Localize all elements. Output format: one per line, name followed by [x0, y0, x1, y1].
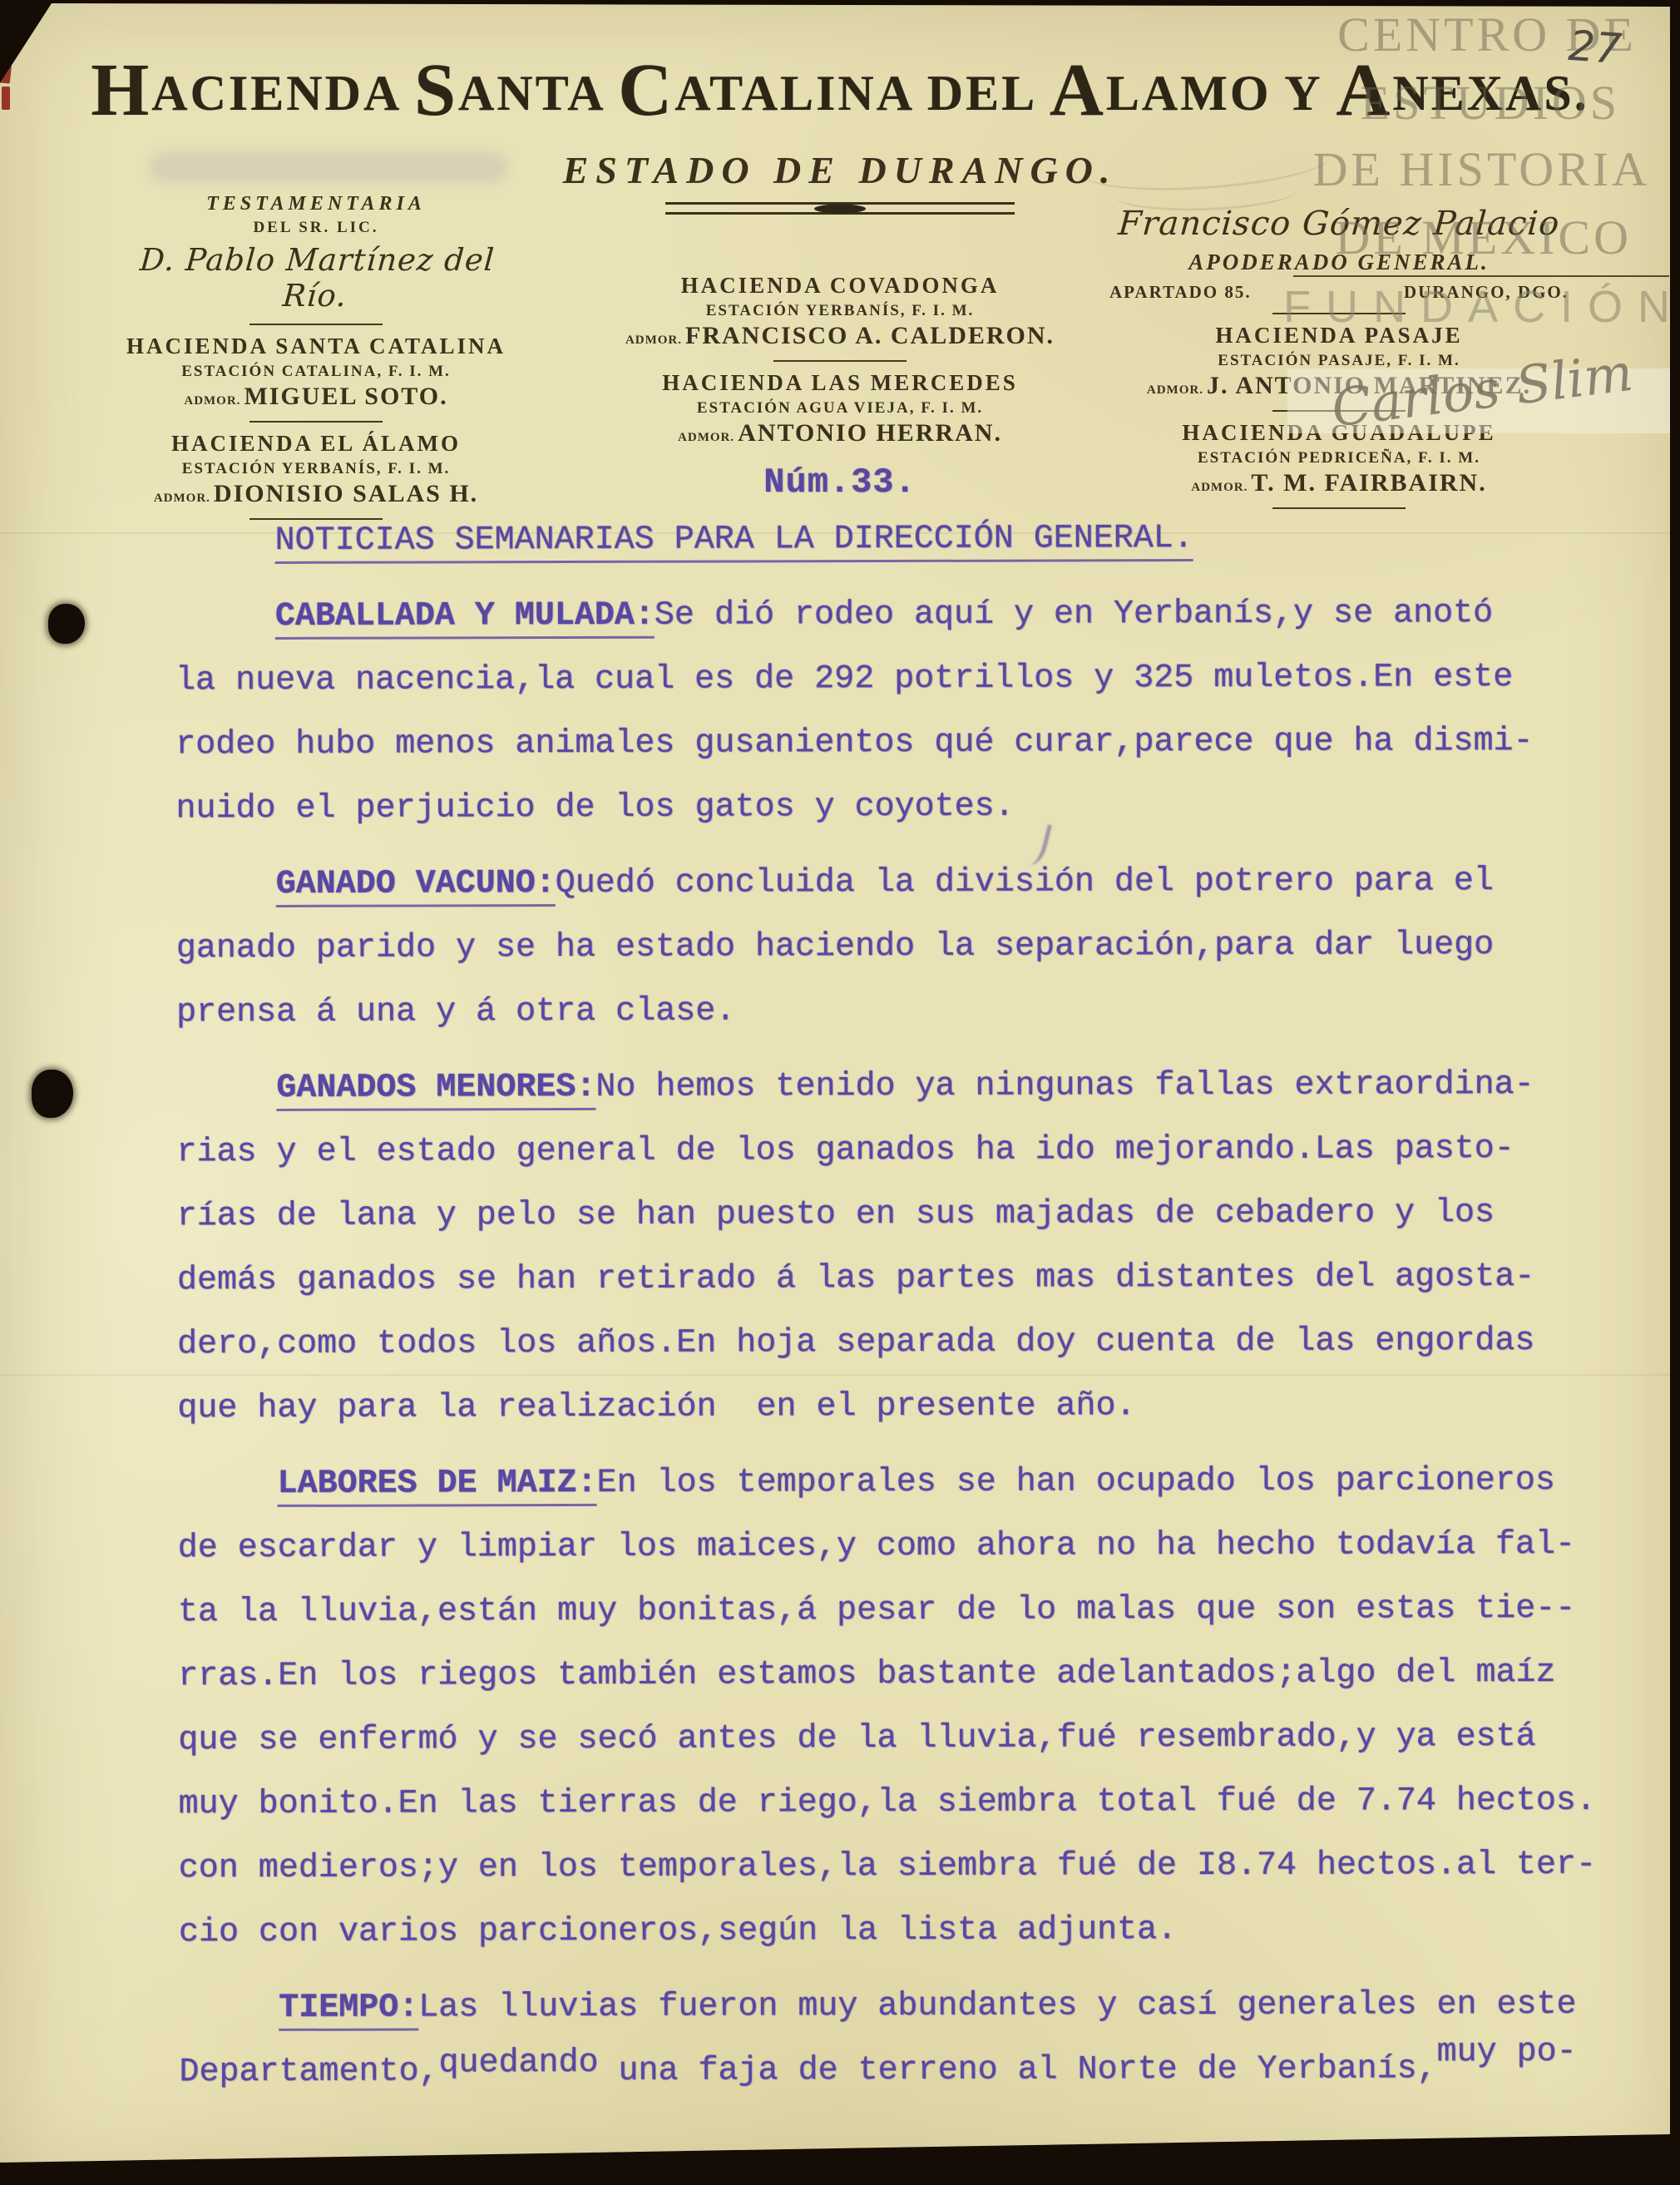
body-paragraph: LABORES DE MAIZ:En los temporales se han…	[177, 1449, 1609, 1965]
body-text: Quedó concluida la división del potrero …	[556, 863, 1494, 902]
ornamental-rule	[665, 202, 1015, 215]
body-line: rías de lana y pelo se han puesto en sus…	[177, 1181, 1608, 1249]
letterhead-center-column: HACIENDA COVADONGA ESTACIÓN YERBANÍS, F.…	[582, 268, 1098, 447]
body-line: que hay para la realización en el presen…	[177, 1373, 1608, 1441]
del-sr-lic-label: DEL SR. LIC.	[116, 219, 516, 237]
body-paragraph: GANADO VACUNO:Quedó concluida la divisió…	[176, 849, 1608, 1046]
testamentaria-label: TESTAMENTARIA	[116, 193, 516, 215]
body-line: nuido el perjuicio de los gatos y coyote…	[175, 774, 1606, 842]
body-line: Departamento,quedando una faja de terren…	[179, 2037, 1609, 2105]
hacienda-station: ESTACIÓN AGUA VIEJA, F. I. M.	[582, 399, 1098, 418]
body-heading: NOTICIAS SEMANARIAS PARA LA DIRECCIÓN GE…	[275, 520, 1193, 564]
section-label: LABORES DE MAIZ:	[278, 1465, 597, 1507]
body-line: ta la lluvia,están muy bonitas,á pesar d…	[178, 1577, 1608, 1645]
inserted-word: quedando	[438, 2044, 598, 2083]
body-text: una faja de terreno al Norte de Yerbanís…	[598, 2050, 1436, 2090]
hacienda-name: HACIENDA COVADONGA	[582, 273, 1098, 299]
hacienda-block: HACIENDA LAS MERCEDES ESTACIÓN AGUA VIEJ…	[582, 370, 1098, 447]
paper-sheet: HACIENDA SANTA CATALINA DEL ALAMO Y ANEX…	[0, 0, 1680, 2185]
body-line: GANADO VACUNO:Quedó concluida la divisió…	[176, 849, 1607, 917]
admor-name: MIGUEL SOTO.	[244, 383, 447, 410]
watermark-line: DE HISTORIA	[1313, 141, 1650, 197]
body-line: TIEMPO:Las lluvias fueron muy abundantes…	[179, 1973, 1609, 2041]
divider-rule	[773, 360, 907, 362]
section-label: GANADO VACUNO:	[276, 865, 556, 907]
divider-rule	[250, 324, 383, 325]
body-line: rias y el estado general de los ganados …	[176, 1117, 1607, 1185]
section-label: GANADOS MENORES:	[276, 1069, 595, 1111]
body-line: LABORES DE MAIZ:En los temporales se han…	[177, 1449, 1608, 1517]
body-line: demás ganados se han retirado á las part…	[177, 1245, 1608, 1313]
red-edge-mark	[2, 87, 10, 110]
watermark-line: DE MEXICO	[1335, 210, 1632, 265]
apoderado-underline	[1293, 275, 1669, 277]
hacienda-station: ESTACIÓN CATALINA, F. I. M.	[116, 363, 516, 381]
body-line: rras.En los riegos también estamos basta…	[178, 1641, 1608, 1709]
body-text: Departamento,	[179, 2053, 438, 2091]
watermark-line: FUNDACIÓN	[1283, 281, 1680, 333]
body-text: Se dió rodeo aquí y en Yerbanís,y se ano…	[655, 595, 1493, 635]
apartado-label: APARTADO 85.	[1109, 282, 1252, 303]
punch-hole	[32, 1070, 73, 1118]
section-label: TIEMPO:	[279, 1989, 418, 2030]
hacienda-block: HACIENDA COVADONGA ESTACIÓN YERBANÍS, F.…	[582, 273, 1098, 350]
section-label: CABALLADA Y MULADA:	[275, 597, 655, 640]
body-line: ganado parido y se ha estado haciendo la…	[176, 913, 1607, 981]
admor-name: FRANCISCO A. CALDERON.	[685, 322, 1055, 349]
body-line: cio con varios parcioneros,según la list…	[179, 1897, 1609, 1965]
body-line: rodeo hubo menos animales gusanientos qu…	[175, 709, 1606, 778]
body-line: prensa á una y á otra clase.	[176, 977, 1607, 1046]
hacienda-block: HACIENDA SANTA CATALINA ESTACIÓN CATALIN…	[116, 334, 516, 411]
body-line: dero,como todos los años.En hoja separad…	[177, 1309, 1608, 1377]
admor-label: ADMOR.	[184, 394, 240, 408]
body-text: Las lluvias fueron muy abundantes y casí…	[418, 1986, 1576, 2027]
hacienda-name: HACIENDA SANTA CATALINA	[116, 334, 516, 359]
testator-name: D. Pablo Martínez del Río.	[114, 242, 518, 314]
body-paragraph: CABALLADA Y MULADA:Se dió rodeo aquí y e…	[175, 581, 1607, 842]
body-text: No hemos tenido ya ningunas fallas extra…	[595, 1066, 1534, 1106]
scanned-letter-page: HACIENDA SANTA CATALINA DEL ALAMO Y ANEX…	[0, 0, 1680, 2185]
body-text: En los temporales se han ocupado los par…	[597, 1462, 1555, 1502]
admor-label: ADMOR.	[1147, 383, 1203, 397]
inserted-word: muy po-	[1437, 2034, 1577, 2071]
typed-body: NOTICIAS SEMANARIAS PARA LA DIRECCIÓN GE…	[175, 506, 1609, 2104]
body-line: CABALLADA Y MULADA:Se dió rodeo aquí y e…	[175, 581, 1606, 650]
body-line: de escardar y limpiar los maices,y como …	[178, 1513, 1608, 1581]
divider-rule	[250, 421, 383, 423]
hacienda-admor: ADMOR. FRANCISCO A. CALDERON.	[582, 322, 1098, 350]
hacienda-admor: ADMOR. ANTONIO HERRAN.	[582, 419, 1098, 447]
body-line: GANADOS MENORES:No hemos tenido ya ningu…	[176, 1053, 1607, 1121]
body-paragraph: TIEMPO:Las lluvias fueron muy abundantes…	[179, 1973, 1609, 2105]
hacienda-admor: ADMOR. MIGUEL SOTO.	[116, 383, 516, 411]
admor-label: ADMOR.	[625, 334, 682, 347]
hacienda-station: ESTACIÓN YERBANÍS, F. I. M.	[582, 302, 1098, 320]
body-line: la nueva nacencia,la cual es de 292 potr…	[175, 645, 1606, 714]
document-number: Núm.33.	[0, 462, 1680, 502]
hacienda-name: HACIENDA LAS MERCEDES	[582, 370, 1098, 396]
admor-name: ANTONIO HERRAN.	[738, 419, 1002, 447]
body-heading-line: NOTICIAS SEMANARIAS PARA LA DIRECCIÓN GE…	[175, 506, 1605, 574]
admor-label: ADMOR.	[678, 431, 734, 444]
body-line: que se enfermó y se secó antes de la llu…	[178, 1705, 1608, 1773]
body-line: con medieros;y en los temporales,la siem…	[179, 1833, 1609, 1901]
watermark-line: ESTUDIOS	[1361, 75, 1620, 131]
pencil-page-number: 27	[1567, 22, 1623, 73]
punch-hole	[48, 604, 85, 644]
body-paragraph: GANADOS MENORES:No hemos tenido ya ningu…	[176, 1053, 1608, 1441]
body-line: muy bonito.En las tierras de riego,la si…	[178, 1769, 1608, 1837]
hacienda-name: HACIENDA EL ÁLAMO	[116, 431, 516, 457]
